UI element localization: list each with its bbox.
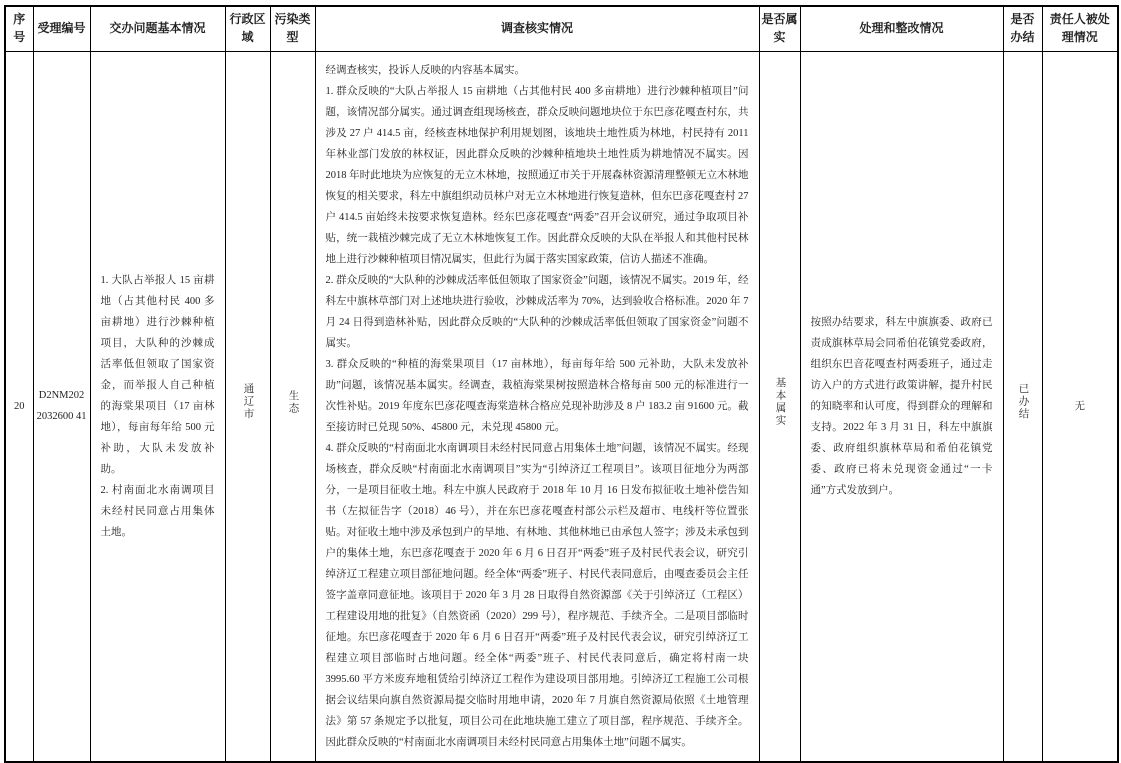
closed-value: 已办结 bbox=[1016, 383, 1030, 421]
cell-closed: 已办结 bbox=[1003, 51, 1042, 707]
col-header-verified: 是否属实 bbox=[759, 6, 800, 51]
region-value: 通辽市 bbox=[241, 383, 255, 421]
cell-investigation: 经调查核实，投诉人反映的内容基本属实。 1. 群众反映的“大队占举报人 15 亩… bbox=[315, 51, 759, 707]
investigation-item-1: 1. 群众反映的“大队占举报人 15 亩耕地（占其他村民 400 多亩耕地）进行… bbox=[326, 81, 749, 270]
verified-value: 基本属实 bbox=[773, 377, 787, 427]
cell-pollution-type: 生态 bbox=[270, 51, 315, 707]
cell-problem: 1. 大队占举报人 15 亩耕地（占其他村民 400 多亩耕地）进行沙棘种植项目… bbox=[90, 51, 225, 707]
col-header-handling: 处理和整改情况 bbox=[800, 6, 1003, 51]
investigation-intro: 经调查核实，投诉人反映的内容基本属实。 bbox=[326, 60, 749, 81]
col-header-investigation: 调查核实情况 bbox=[315, 6, 759, 51]
problem-item-2: 2. 村南面北水南调项目未经村民同意占用集体土地。 bbox=[101, 480, 215, 543]
investigation-item-2: 2. 群众反映的“大队种的沙棘成活率低但领取了国家资金”问题，该情况不属实。20… bbox=[326, 270, 749, 354]
investigation-item-4: 4. 群众反映的“村南面北水南调项目未经村民同意占用集体土地”问题，该情况不属实… bbox=[326, 438, 749, 708]
document-page: 序号 受理编号 交办问题基本情况 行政区域 污染类型 调查核实情况 是否属实 处… bbox=[4, 5, 1119, 707]
problem-item-1: 1. 大队占举报人 15 亩耕地（占其他村民 400 多亩耕地）进行沙棘种植项目… bbox=[101, 270, 215, 480]
col-header-pollution-type: 污染类型 bbox=[270, 6, 315, 51]
pollution-type-value: 生态 bbox=[286, 390, 300, 415]
col-header-accountability: 责任人被处理情况 bbox=[1042, 6, 1118, 51]
col-header-seq: 序号 bbox=[5, 6, 33, 51]
cell-verified: 基本属实 bbox=[759, 51, 800, 707]
cell-accountability: 无 bbox=[1042, 51, 1118, 707]
col-header-closed: 是否办结 bbox=[1003, 6, 1042, 51]
cell-handling: 按照办结要求，科左中旗旗委、政府已责成旗林草局会同希伯花镇党委政府，组织东巴音花… bbox=[800, 51, 1003, 707]
complaint-handling-table: 序号 受理编号 交办问题基本情况 行政区域 污染类型 调查核实情况 是否属实 处… bbox=[4, 5, 1119, 707]
cell-region: 通辽市 bbox=[225, 51, 270, 707]
handling-text: 按照办结要求，科左中旗旗委、政府已责成旗林草局会同希伯花镇党委政府，组织东巴音花… bbox=[811, 312, 993, 501]
cell-case-no: D2NM202 2032600 41 bbox=[33, 51, 90, 707]
col-header-case-no: 受理编号 bbox=[33, 6, 90, 51]
table-row: 20 D2NM202 2032600 41 1. 大队占举报人 15 亩耕地（占… bbox=[5, 51, 1118, 707]
header-row: 序号 受理编号 交办问题基本情况 行政区域 污染类型 调查核实情况 是否属实 处… bbox=[5, 6, 1118, 51]
col-header-region: 行政区域 bbox=[225, 6, 270, 51]
cell-seq: 20 bbox=[5, 51, 33, 707]
investigation-item-3: 3. 群众反映的“种植的海棠果项目（17 亩林地），每亩每年给 500 元补助，… bbox=[326, 354, 749, 438]
col-header-problem: 交办问题基本情况 bbox=[90, 6, 225, 51]
